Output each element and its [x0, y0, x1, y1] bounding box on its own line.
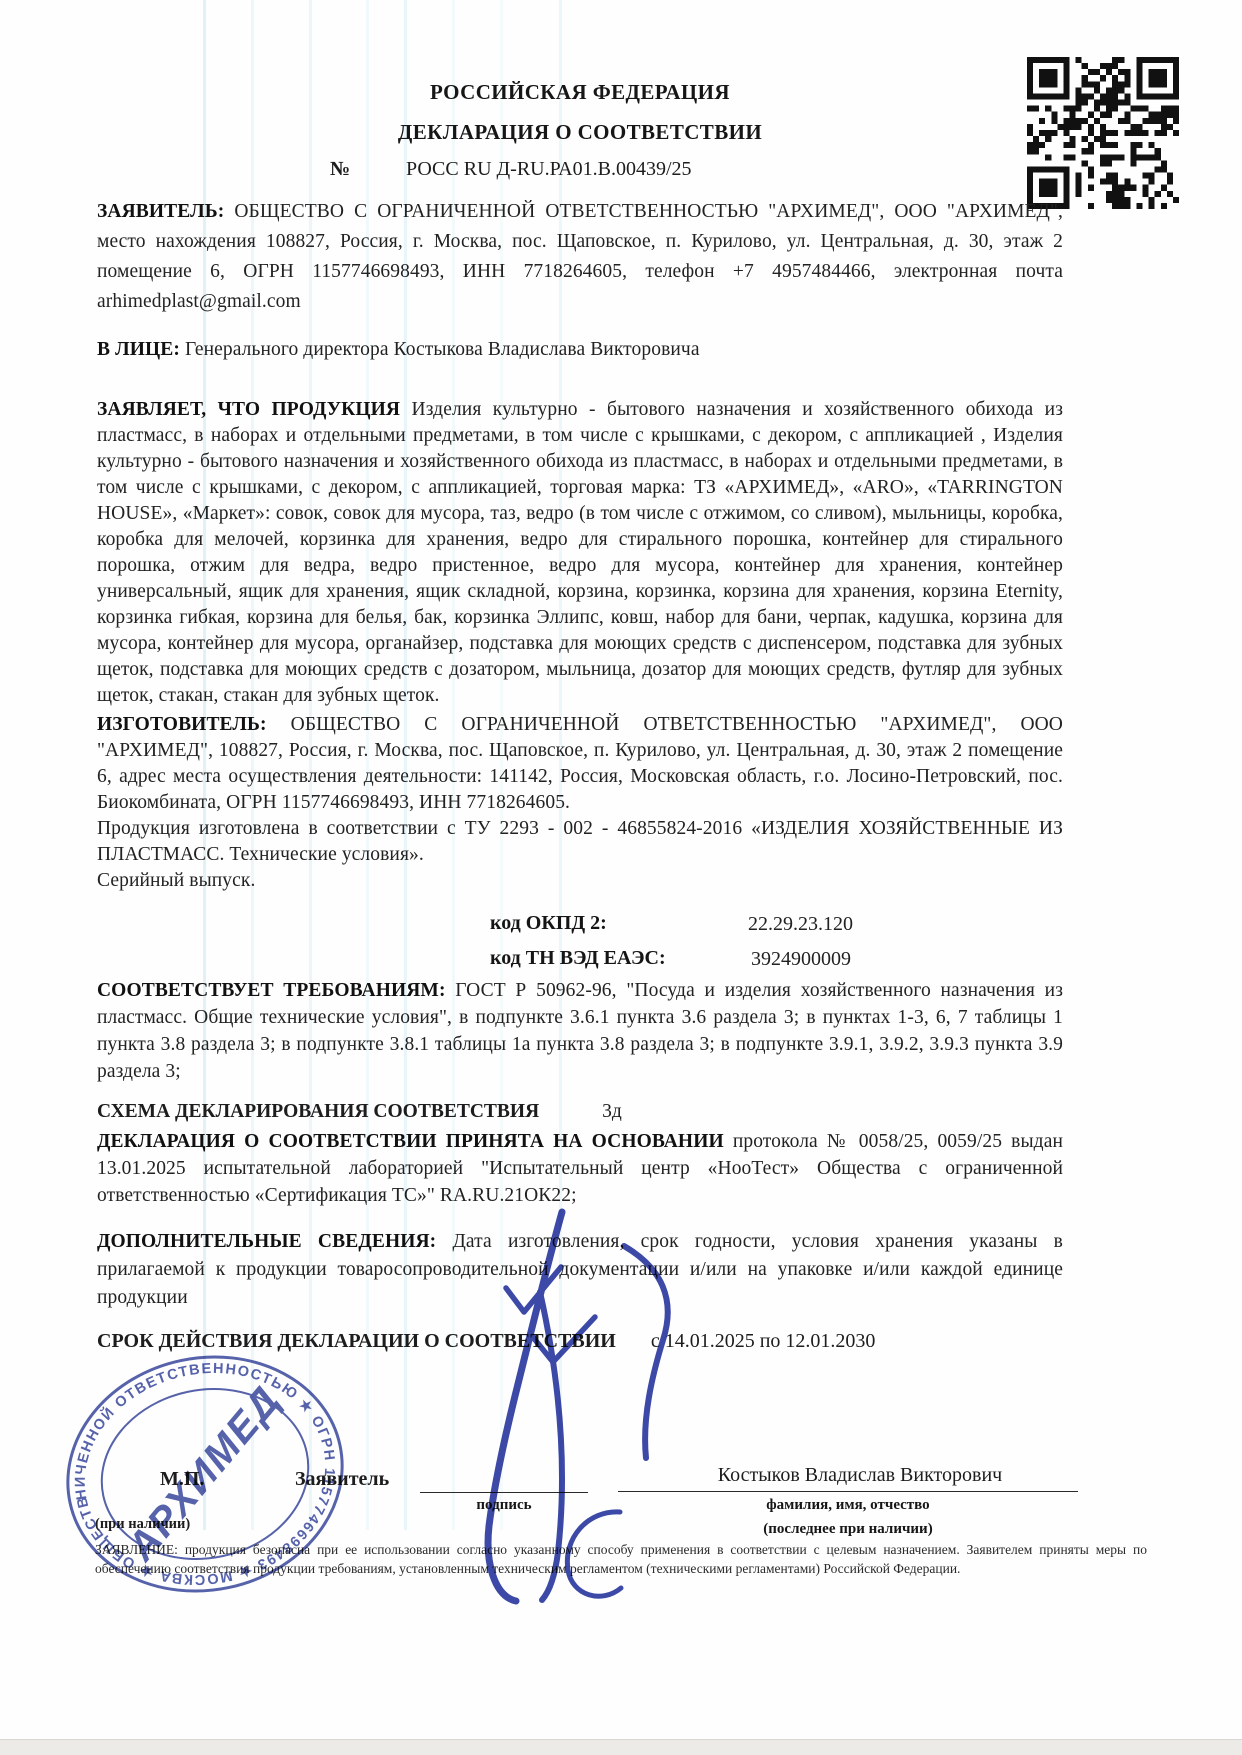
basis-paragraph: ДЕКЛАРАЦИЯ О СООТВЕТСТВИИ ПРИНЯТА НА ОСН… [97, 1128, 1063, 1209]
applicant-role-label: Заявитель [295, 1468, 389, 1491]
in-person-paragraph: В ЛИЦЕ: Генерального директора Костыкова… [97, 337, 1063, 363]
okpd-value: 22.29.23.120 [748, 913, 853, 936]
okpd-code-row: код ОКПД 2: 22.29.23.120 [490, 912, 607, 935]
product-label: ЗАЯВЛЯЕТ, ЧТО ПРОДУКЦИЯ [97, 399, 400, 420]
okpd-label: код ОКПД 2: [490, 912, 607, 934]
declaration-document-page: РОССИЙСКАЯ ФЕДЕРАЦИЯ ДЕКЛАРАЦИЯ О СООТВЕ… [0, 0, 1242, 1755]
name-caption-note: (последнее при наличии) [618, 1521, 1078, 1538]
number-label: № [330, 158, 350, 181]
scan-edge-band [0, 1739, 1242, 1755]
scheme-label: СХЕМА ДЕКЛАРИРОВАНИЯ СООТВЕТСТВИЯ [97, 1101, 539, 1122]
stamp-place-label: М.П. [160, 1468, 204, 1491]
applicant-label: ЗАЯВИТЕЛЬ: [97, 201, 224, 222]
signature-caption: подпись [420, 1497, 588, 1514]
tu-standard-line: Продукция изготовлена в соответствии с Т… [97, 816, 1063, 868]
declaration-number: РОСС RU Д-RU.РА01.В.00439/25 [406, 158, 692, 181]
in-person-text: Генерального директора Костыкова Владисл… [185, 339, 700, 360]
tnved-code-row: код ТН ВЭД ЕАЭС: 3924900009 [490, 947, 666, 970]
signature-line [420, 1470, 588, 1493]
scheme-row: СХЕМА ДЕКЛАРИРОВАНИЯ СООТВЕТСТВИЯ 3д [97, 1101, 1063, 1123]
document-title: ДЕКЛАРАЦИЯ О СООТВЕТСТВИИ [97, 120, 1063, 145]
serial-production-line: Серийный выпуск. [97, 868, 1063, 894]
name-caption: фамилия, имя, отчество [618, 1497, 1078, 1514]
country-header: РОССИЙСКАЯ ФЕДЕРАЦИЯ [97, 80, 1063, 105]
compliance-paragraph: СООТВЕТСТВУЕТ ТРЕБОВАНИЯМ: ГОСТ Р 50962-… [97, 977, 1063, 1085]
name-line [618, 1471, 1078, 1492]
safety-statement-footnote: ЗАЯВЛЕНИЕ: продукция безопасна при ее ис… [95, 1540, 1147, 1578]
tnved-label: код ТН ВЭД ЕАЭС: [490, 947, 666, 969]
validity-label: СРОК ДЕЙСТВИЯ ДЕКЛАРАЦИИ О СООТВЕТСТВИИ [97, 1330, 616, 1352]
applicant-text: ОБЩЕСТВО С ОГРАНИЧЕННОЙ ОТВЕТСТВЕННОСТЬЮ… [97, 201, 1063, 312]
scheme-value: 3д [602, 1101, 622, 1122]
in-person-label: В ЛИЦЕ: [97, 339, 180, 360]
manufacturer-paragraph: ИЗГОТОВИТЕЛЬ: ОБЩЕСТВО С ОГРАНИЧЕННОЙ ОТ… [97, 712, 1063, 816]
additional-info-label: ДОПОЛНИТЕЛЬНЫЕ СВЕДЕНИЯ: [97, 1231, 436, 1252]
basis-label: ДЕКЛАРАЦИЯ О СООТВЕТСТВИИ ПРИНЯТА НА ОСН… [97, 1131, 724, 1152]
manufacturer-label: ИЗГОТОВИТЕЛЬ: [97, 714, 267, 735]
tnved-value: 3924900009 [751, 948, 851, 971]
stamp-place-note: (при наличии) [95, 1516, 190, 1533]
applicant-paragraph: ЗАЯВИТЕЛЬ: ОБЩЕСТВО С ОГРАНИЧЕННОЙ ОТВЕТ… [97, 197, 1063, 317]
manufacturer-block: ИЗГОТОВИТЕЛЬ: ОБЩЕСТВО С ОГРАНИЧЕННОЙ ОТ… [97, 712, 1063, 894]
compliance-label: СООТВЕТСТВУЕТ ТРЕБОВАНИЯМ: [97, 980, 446, 1001]
additional-info-paragraph: ДОПОЛНИТЕЛЬНЫЕ СВЕДЕНИЯ: Дата изготовлен… [97, 1228, 1063, 1312]
validity-value: с 14.01.2025 по 12.01.2030 [651, 1330, 876, 1352]
product-text: Изделия культурно - бытового назначения … [97, 399, 1063, 706]
product-paragraph: ЗАЯВЛЯЕТ, ЧТО ПРОДУКЦИЯ Изделия культурн… [97, 397, 1063, 709]
validity-row: СРОК ДЕЙСТВИЯ ДЕКЛАРАЦИИ О СООТВЕТСТВИИ … [97, 1330, 1063, 1353]
